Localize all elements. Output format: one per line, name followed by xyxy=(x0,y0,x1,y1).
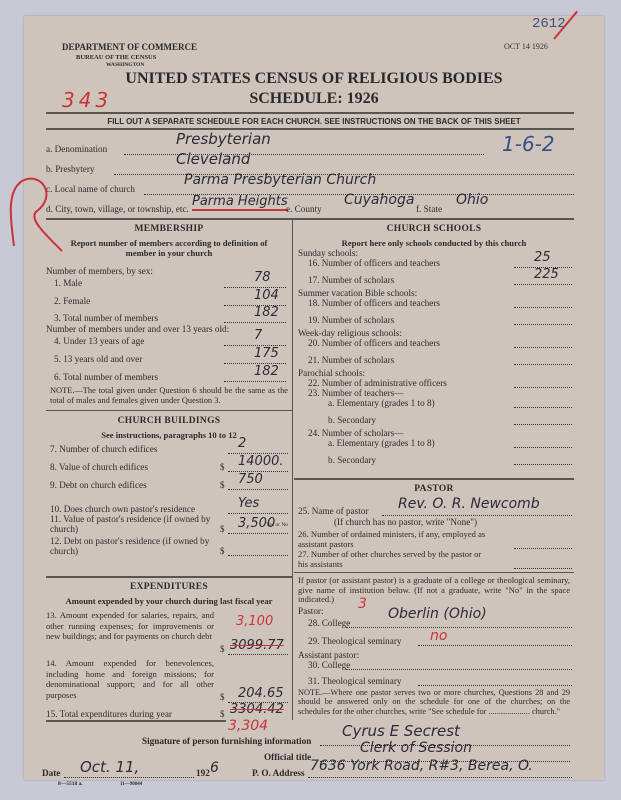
city-label: WASHINGTON xyxy=(106,62,144,68)
denomination-label: a. Denomination xyxy=(46,144,107,154)
row-value: Yes xyxy=(238,496,259,511)
presbytery-value: Cleveland xyxy=(176,150,250,168)
classification-code: 1-6-2 xyxy=(502,132,555,156)
row-label: 19. Number of scholars xyxy=(308,315,394,325)
sunday-schools-label: Sunday schools: xyxy=(298,248,358,258)
county-label: e. County xyxy=(286,204,322,214)
yes-no-hint: Yes or No xyxy=(266,522,288,528)
membership-intro: Report number of members according to de… xyxy=(60,238,278,258)
row-label: 8. Value of church edifices xyxy=(50,462,148,472)
row-label: 17. Number of scholars xyxy=(308,275,394,285)
expenditures-heading: EXPENDITURES xyxy=(46,582,292,592)
row-label: 12. Debt on pastor's residence (if owned… xyxy=(50,536,220,556)
q15-label: 15. Total expenditures during year xyxy=(46,709,172,719)
row-value: 225 xyxy=(534,267,559,282)
buildings-heading: CHURCH BUILDINGS xyxy=(46,416,292,426)
schools-intro: Report here only schools conducted by th… xyxy=(294,238,574,248)
row-value: 7 xyxy=(254,328,262,343)
denomination-value: Presbyterian xyxy=(176,130,271,148)
row-value: 2 xyxy=(238,436,246,451)
q14-value: 204.65 xyxy=(238,686,284,701)
row-label: 6. Total number of members xyxy=(54,372,158,382)
pastor-heading: PASTOR xyxy=(294,484,574,494)
q13-correction: 3,100 xyxy=(236,614,273,629)
membership-heading: MEMBERSHIP xyxy=(46,224,292,234)
parochial-schools-label: Parochial schools: xyxy=(298,368,365,378)
row-label: b. Secondary xyxy=(328,415,376,425)
address-label: P. O. Address xyxy=(252,768,305,778)
instruction-banner: FILL OUT A SEPARATE SCHEDULE FOR EACH CH… xyxy=(47,116,581,126)
row-value: 104 xyxy=(254,288,279,303)
q15-value: 3304.42 xyxy=(230,702,284,717)
bureau-label: BUREAU OF THE CENSUS xyxy=(76,54,156,61)
form-title: UNITED STATES CENSUS OF RELIGIOUS BODIES xyxy=(24,70,604,88)
q31-label: 31. Theological seminary xyxy=(308,676,401,686)
row-label: 5. 13 years old and over xyxy=(54,354,142,364)
q29-label: 29. Theological seminary xyxy=(308,636,401,646)
q25-hint: (If church has no pastor, write "None") xyxy=(334,517,477,527)
q28-label: 28. College xyxy=(308,618,350,628)
date-label: Date xyxy=(42,768,60,778)
year-prefix: 192 xyxy=(196,768,210,778)
official-title-value: Clerk of Session xyxy=(360,740,472,756)
pastor-name: Rev. O. R. Newcomb xyxy=(398,496,540,512)
assistant-subheading: Assistant pastor: xyxy=(298,650,359,660)
stamp-date: OCT 14 1926 xyxy=(504,42,548,51)
row-label: 22. Number of administrative officers xyxy=(308,378,447,388)
q27-label: 27. Number of other churches served by t… xyxy=(298,550,488,569)
row-label: 23. Number of teachers— xyxy=(308,388,403,398)
expenditures-subtitle: Amount expended by your church during la… xyxy=(46,596,292,606)
row-label: 2. Female xyxy=(54,296,90,306)
signature-label: Signature of person furnishing informati… xyxy=(142,736,311,746)
row-label: 18. Number of officers and teachers xyxy=(308,298,440,308)
print-number: 11—90844 xyxy=(120,782,142,787)
buildings-subtitle: See instructions, paragraphs 10 to 12 xyxy=(46,430,292,440)
city-value: Parma Heights xyxy=(192,194,288,211)
q25-label: 25. Name of pastor xyxy=(298,506,368,516)
row-value: 182 xyxy=(254,364,279,379)
row-value: 25 xyxy=(534,250,551,265)
row-label: 11. Value of pastor's residence (if owne… xyxy=(50,514,220,534)
date-value: Oct. 11, xyxy=(80,758,139,776)
state-label: f. State xyxy=(416,204,442,214)
q13-label: 13. Amount expended for salaries, repair… xyxy=(46,610,214,642)
official-title-label: Official title xyxy=(264,752,311,762)
year-digit: 6 xyxy=(210,760,219,776)
department-label: DEPARTMENT OF COMMERCE xyxy=(62,42,197,52)
row-value: 175 xyxy=(254,346,279,361)
row-value: 78 xyxy=(254,270,271,285)
summer-schools-label: Summer vacation Bible schools: xyxy=(298,288,417,298)
q14-label: 14. Amount expended for benevolences, in… xyxy=(46,658,214,700)
row-label: 10. Does church own pastor's residence xyxy=(50,504,195,514)
state-value: Ohio xyxy=(456,192,488,208)
row-value: 182 xyxy=(254,305,279,320)
membership-note: NOTE.—The total given under Question 6 s… xyxy=(50,386,288,406)
row-label: b. Secondary xyxy=(328,455,376,465)
pastor-subheading: Pastor: xyxy=(298,606,324,616)
schools-heading: CHURCH SCHOOLS xyxy=(294,224,574,234)
address-value: 7636 York Road, R#3, Berea, O. xyxy=(310,758,533,774)
q13-value: 3099.77 xyxy=(230,638,284,653)
row-label: a. Elementary (grades 1 to 8) xyxy=(328,398,435,408)
row-label: 20. Number of officers and teachers xyxy=(308,338,440,348)
row-label: 4. Under 13 years of age xyxy=(54,336,144,346)
signature-value: Cyrus E Secrest xyxy=(342,722,460,740)
row-value: 14000. xyxy=(238,454,284,469)
red-mark-3: 3 xyxy=(358,596,367,612)
by-age-label: Number of members under and over 13 year… xyxy=(46,324,229,334)
row-label: 24. Number of scholars— xyxy=(308,428,403,438)
by-sex-label: Number of members, by sex: xyxy=(46,266,153,276)
church-name-value: Parma Presbyterian Church xyxy=(184,172,376,188)
row-label: 21. Number of scholars xyxy=(308,355,394,365)
q26-label: 26. Number of ordained ministers, if any… xyxy=(298,530,488,549)
row-label: 16. Number of officers and teachers xyxy=(308,258,440,268)
county-value: Cuyahoga xyxy=(344,192,414,208)
row-label: 7. Number of church edifices xyxy=(50,444,157,454)
pastor-college: Oberlin (Ohio) xyxy=(388,606,487,622)
row-label: a. Elementary (grades 1 to 8) xyxy=(328,438,435,448)
row-label: 3. Total number of members xyxy=(54,313,158,323)
row-label: 1. Male xyxy=(54,278,82,288)
row-value: 750 xyxy=(238,472,263,487)
red-number: 343 xyxy=(62,88,112,112)
row-label: 9. Debt on church edifices xyxy=(50,480,147,490)
pastor-note: NOTE.—Where one pastor serves two or mor… xyxy=(298,688,570,716)
q15-correction: 3,304 xyxy=(228,718,268,734)
q30-label: 30. College xyxy=(308,660,350,670)
form-number: 8—5518 a. xyxy=(58,781,83,787)
graduate-note: If pastor (or assistant pastor) is a gra… xyxy=(298,576,570,605)
pastor-seminary: no xyxy=(430,628,447,644)
census-schedule-page: DEPARTMENT OF COMMERCE BUREAU OF THE CEN… xyxy=(24,16,604,780)
weekday-schools-label: Week-day religious schools: xyxy=(298,328,402,338)
